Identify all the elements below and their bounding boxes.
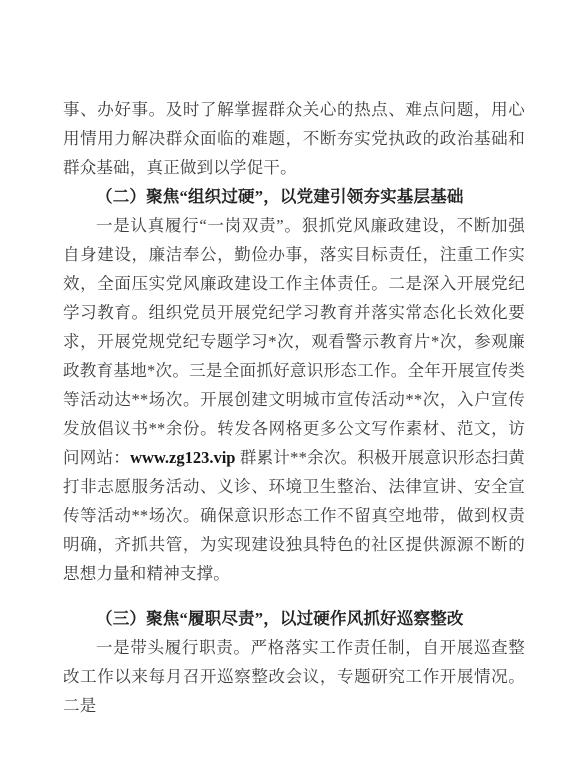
website-url: www.zg123.vip xyxy=(130,448,235,467)
section-heading-3: （三）聚焦“履职尽责”，以过硬作风抓好巡察整改 xyxy=(63,604,525,633)
paragraph-text: 事、办好事。及时了解掌握群众关心的热点、难点问题，用心用情用力解决群众面临的难题… xyxy=(63,100,525,177)
paragraph-continued-from-previous-page: 事、办好事。及时了解掌握群众关心的热点、难点问题，用心用情用力解决群众面临的难题… xyxy=(63,95,525,182)
section-heading-2: （二）聚焦“组织过硬”，以党建引领夯实基层基础 xyxy=(63,182,525,211)
paragraph-section-2: 一是认真履行“一岗双责”。狠抓党风廉政建设，不断加强自身建设，廉洁奉公，勤俭办事… xyxy=(63,211,525,588)
document-page: 事、办好事。及时了解掌握群众关心的热点、难点问题，用心用情用力解决群众面临的难题… xyxy=(0,0,586,759)
paragraph-section-3: 一是带头履行职责。严格落实工作责任制，自开展巡查整改工作以来每月召开巡察整改会议… xyxy=(63,633,525,720)
paragraph-text: 群累计**余次。积极开展意识形态扫黄打非志愿服务活动、义诊、环境卫生整治、法律宣… xyxy=(63,448,525,583)
paragraph-text: 一是认真履行“一岗双责”。狠抓党风廉政建设，不断加强自身建设，廉洁奉公，勤俭办事… xyxy=(63,216,525,467)
paragraph-text: 一是带头履行职责。严格落实工作责任制，自开展巡查整改工作以来每月召开巡察整改会议… xyxy=(63,638,525,715)
document-text-block: 事、办好事。及时了解掌握群众关心的热点、难点问题，用心用情用力解决群众面临的难题… xyxy=(63,95,525,720)
